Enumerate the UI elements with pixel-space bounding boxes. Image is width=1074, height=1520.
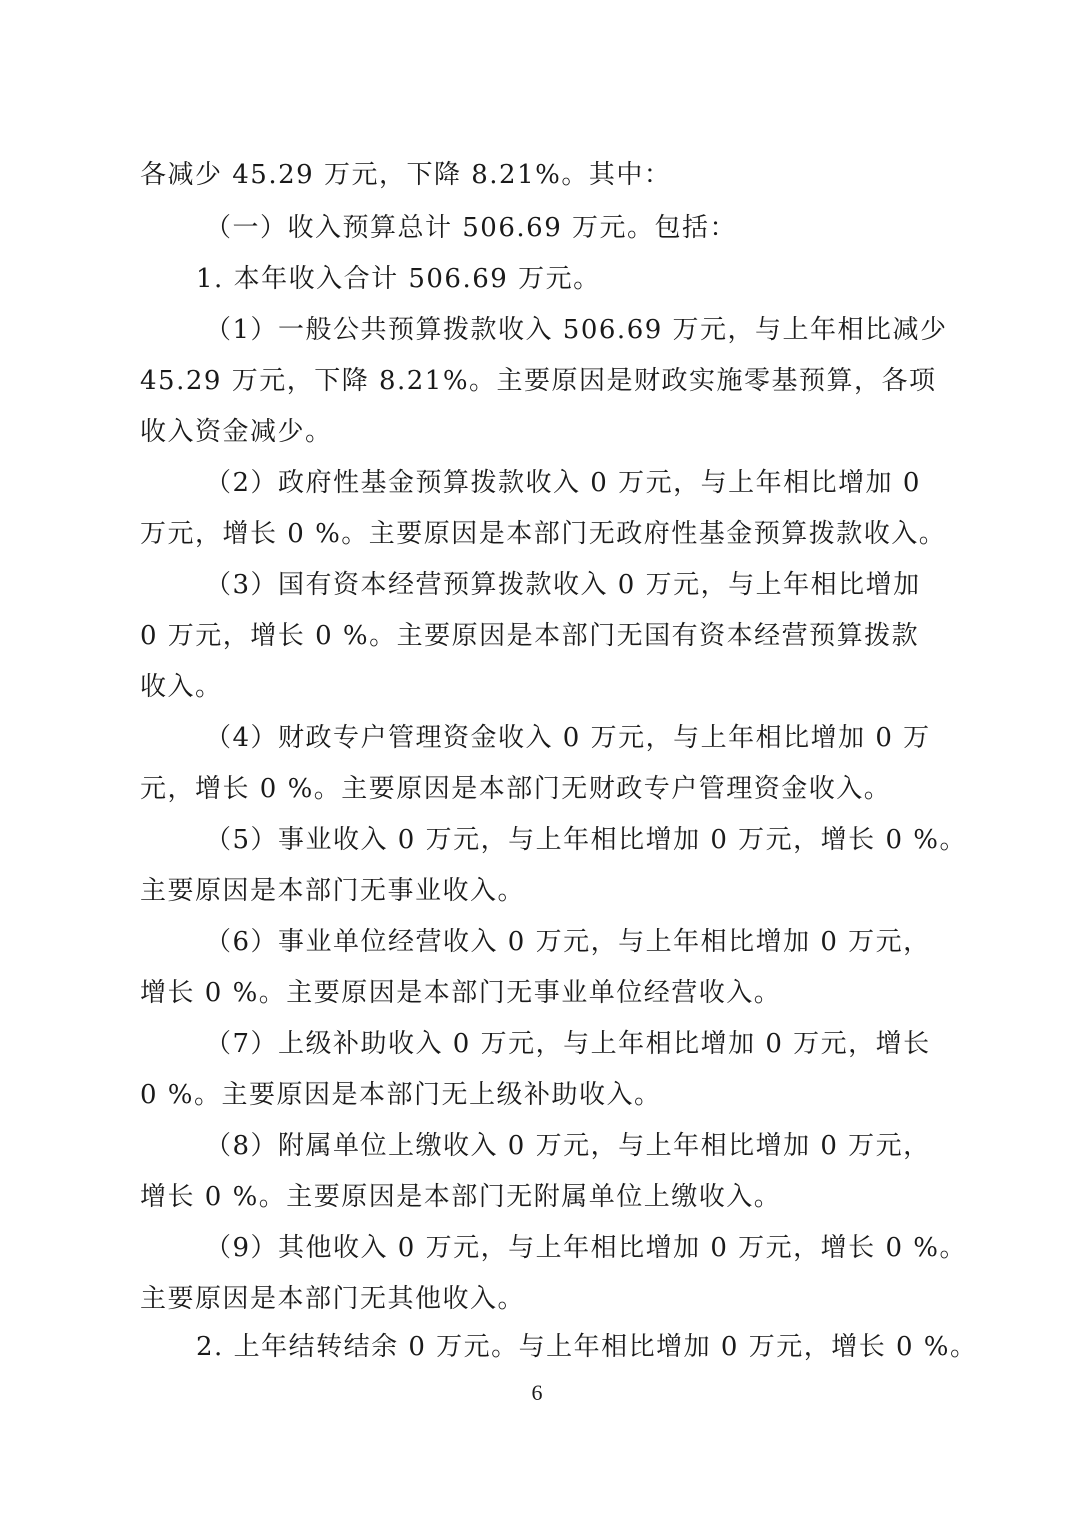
paragraph-5-line-2: 主要原因是本部门无事业收入。 [140,873,525,909]
paragraph-4-line-1: （4）财政专户管理资金收入 0 万元，与上年相比增加 0 万 [205,720,931,756]
paragraph-3-line-2: 0 万元，增长 0 %。主要原因是本部门无国有资本经营预算拨款 [140,618,919,654]
paragraph-8-line-2: 增长 0 %。主要原因是本部门无附属单位上缴收入。 [140,1179,781,1215]
paragraph-1-line-1: （1）一般公共预算拨款收入 506.69 万元，与上年相比减少 [205,312,948,348]
paragraph-9-line-2: 主要原因是本部门无其他收入。 [140,1281,525,1317]
paragraph-8-line-1: （8）附属单位上缴收入 0 万元，与上年相比增加 0 万元， [205,1128,931,1164]
item-heading-prior-year-carryover: 2. 上年结转结余 0 万元。与上年相比增加 0 万元，增长 0 %。 [196,1329,978,1365]
paragraph-3-line-3: 收入。 [140,669,223,705]
paragraph-1-line-2: 45.29 万元，下降 8.21%。主要原因是财政实施零基预算，各项 [140,363,937,399]
paragraph-9-line-1: （9）其他收入 0 万元，与上年相比增加 0 万元，增长 0 %。 [205,1230,967,1266]
section-heading-income-total: （一）收入预算总计 506.69 万元。包括： [205,210,737,246]
paragraph-2-line-1: （2）政府性基金预算拨款收入 0 万元，与上年相比增加 0 [205,465,921,501]
paragraph-4-line-2: 元，增长 0 %。主要原因是本部门无财政专户管理资金收入。 [140,771,891,807]
paragraph-1-line-3: 收入资金减少。 [140,414,333,450]
paragraph-6-line-1: （6）事业单位经营收入 0 万元，与上年相比增加 0 万元， [205,924,931,960]
paragraph-7-line-2: 0 %。主要原因是本部门无上级补助收入。 [140,1077,662,1113]
page-number: 6 [0,1378,1074,1408]
document-page: 各减少 45.29 万元，下降 8.21%。其中： （一）收入预算总计 506.… [0,0,1074,1520]
text-line-continuation: 各减少 45.29 万元，下降 8.21%。其中： [140,157,671,193]
paragraph-6-line-2: 增长 0 %。主要原因是本部门无事业单位经营收入。 [140,975,781,1011]
paragraph-2-line-2: 万元，增长 0 %。主要原因是本部门无政府性基金预算拨款收入。 [140,516,946,552]
paragraph-5-line-1: （5）事业收入 0 万元，与上年相比增加 0 万元，增长 0 %。 [205,822,967,858]
paragraph-3-line-1: （3）国有资本经营预算拨款收入 0 万元，与上年相比增加 [205,567,921,603]
item-heading-current-year-income: 1. 本年收入合计 506.69 万元。 [196,261,601,297]
paragraph-7-line-1: （7）上级补助收入 0 万元，与上年相比增加 0 万元，增长 [205,1026,931,1062]
